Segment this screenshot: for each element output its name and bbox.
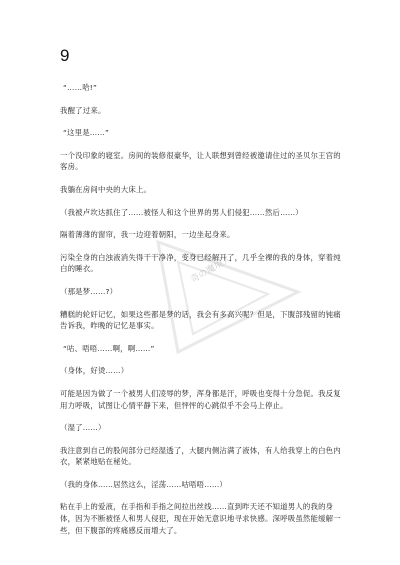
paragraph: 糟糕的轮奸记忆，如果这些都是梦的话，我会有多高兴呢？但是，下腹部残留的钝痛告诉我… [60,309,342,332]
paragraph: 一个没印象的寝室。房间的装修很豪华，让人联想到曾经被邀请住过的圣贝尔王宫的客房。 [60,150,342,173]
paragraph: “这里是……” [60,127,342,139]
paragraph: （湿了……） [60,422,342,434]
paragraph: “咕、唔唔……啊，啊……” [60,343,342,355]
paragraph: （那是梦……?） [60,286,342,298]
paragraph: 污染全身的白浊液消失得干干净净，变身已经解开了，几乎全裸的我的身体，穿着纯白的睡… [60,252,342,275]
paragraph: 我醒了过来。 [60,105,342,117]
paragraph: 我注意到自己的股间部分已经湿透了，大腿内侧沾满了液体，有人给我穿上的白色内衣，紧… [60,445,342,468]
document-page: 9 奇の魔境人 “……哈!” 我醒了过来。 “这里是……” 一个没印象的寝室。房… [0,0,400,565]
paragraph: 粘在手上的爱液，在手指和手指之间拉出丝线……直到昨天还不知道男人的我的身体，因为… [60,501,342,536]
paragraph: 可能是因为做了一个被男人们凌辱的梦，浑身都是汗，呼吸也变得十分急促。我反复用力呼… [60,388,342,411]
body-text: “……哈!” 我醒了过来。 “这里是……” 一个没印象的寝室。房间的装修很豪华，… [60,82,342,547]
chapter-number: 9 [60,46,69,66]
paragraph: （我被卢坎达抓住了……被怪人和这个世界的男人们侵犯……然后……） [60,207,342,219]
paragraph: （身体，好烫……） [60,365,342,377]
paragraph: 隔着薄薄的窗帘，我一边迎着朝阳，一边坐起身来。 [60,229,342,241]
paragraph: “……哈!” [60,82,342,94]
paragraph: （我的身体……居然这么，淫荡……咕唔唔……） [60,479,342,491]
paragraph: 我躺在房间中央的大床上。 [60,184,342,196]
